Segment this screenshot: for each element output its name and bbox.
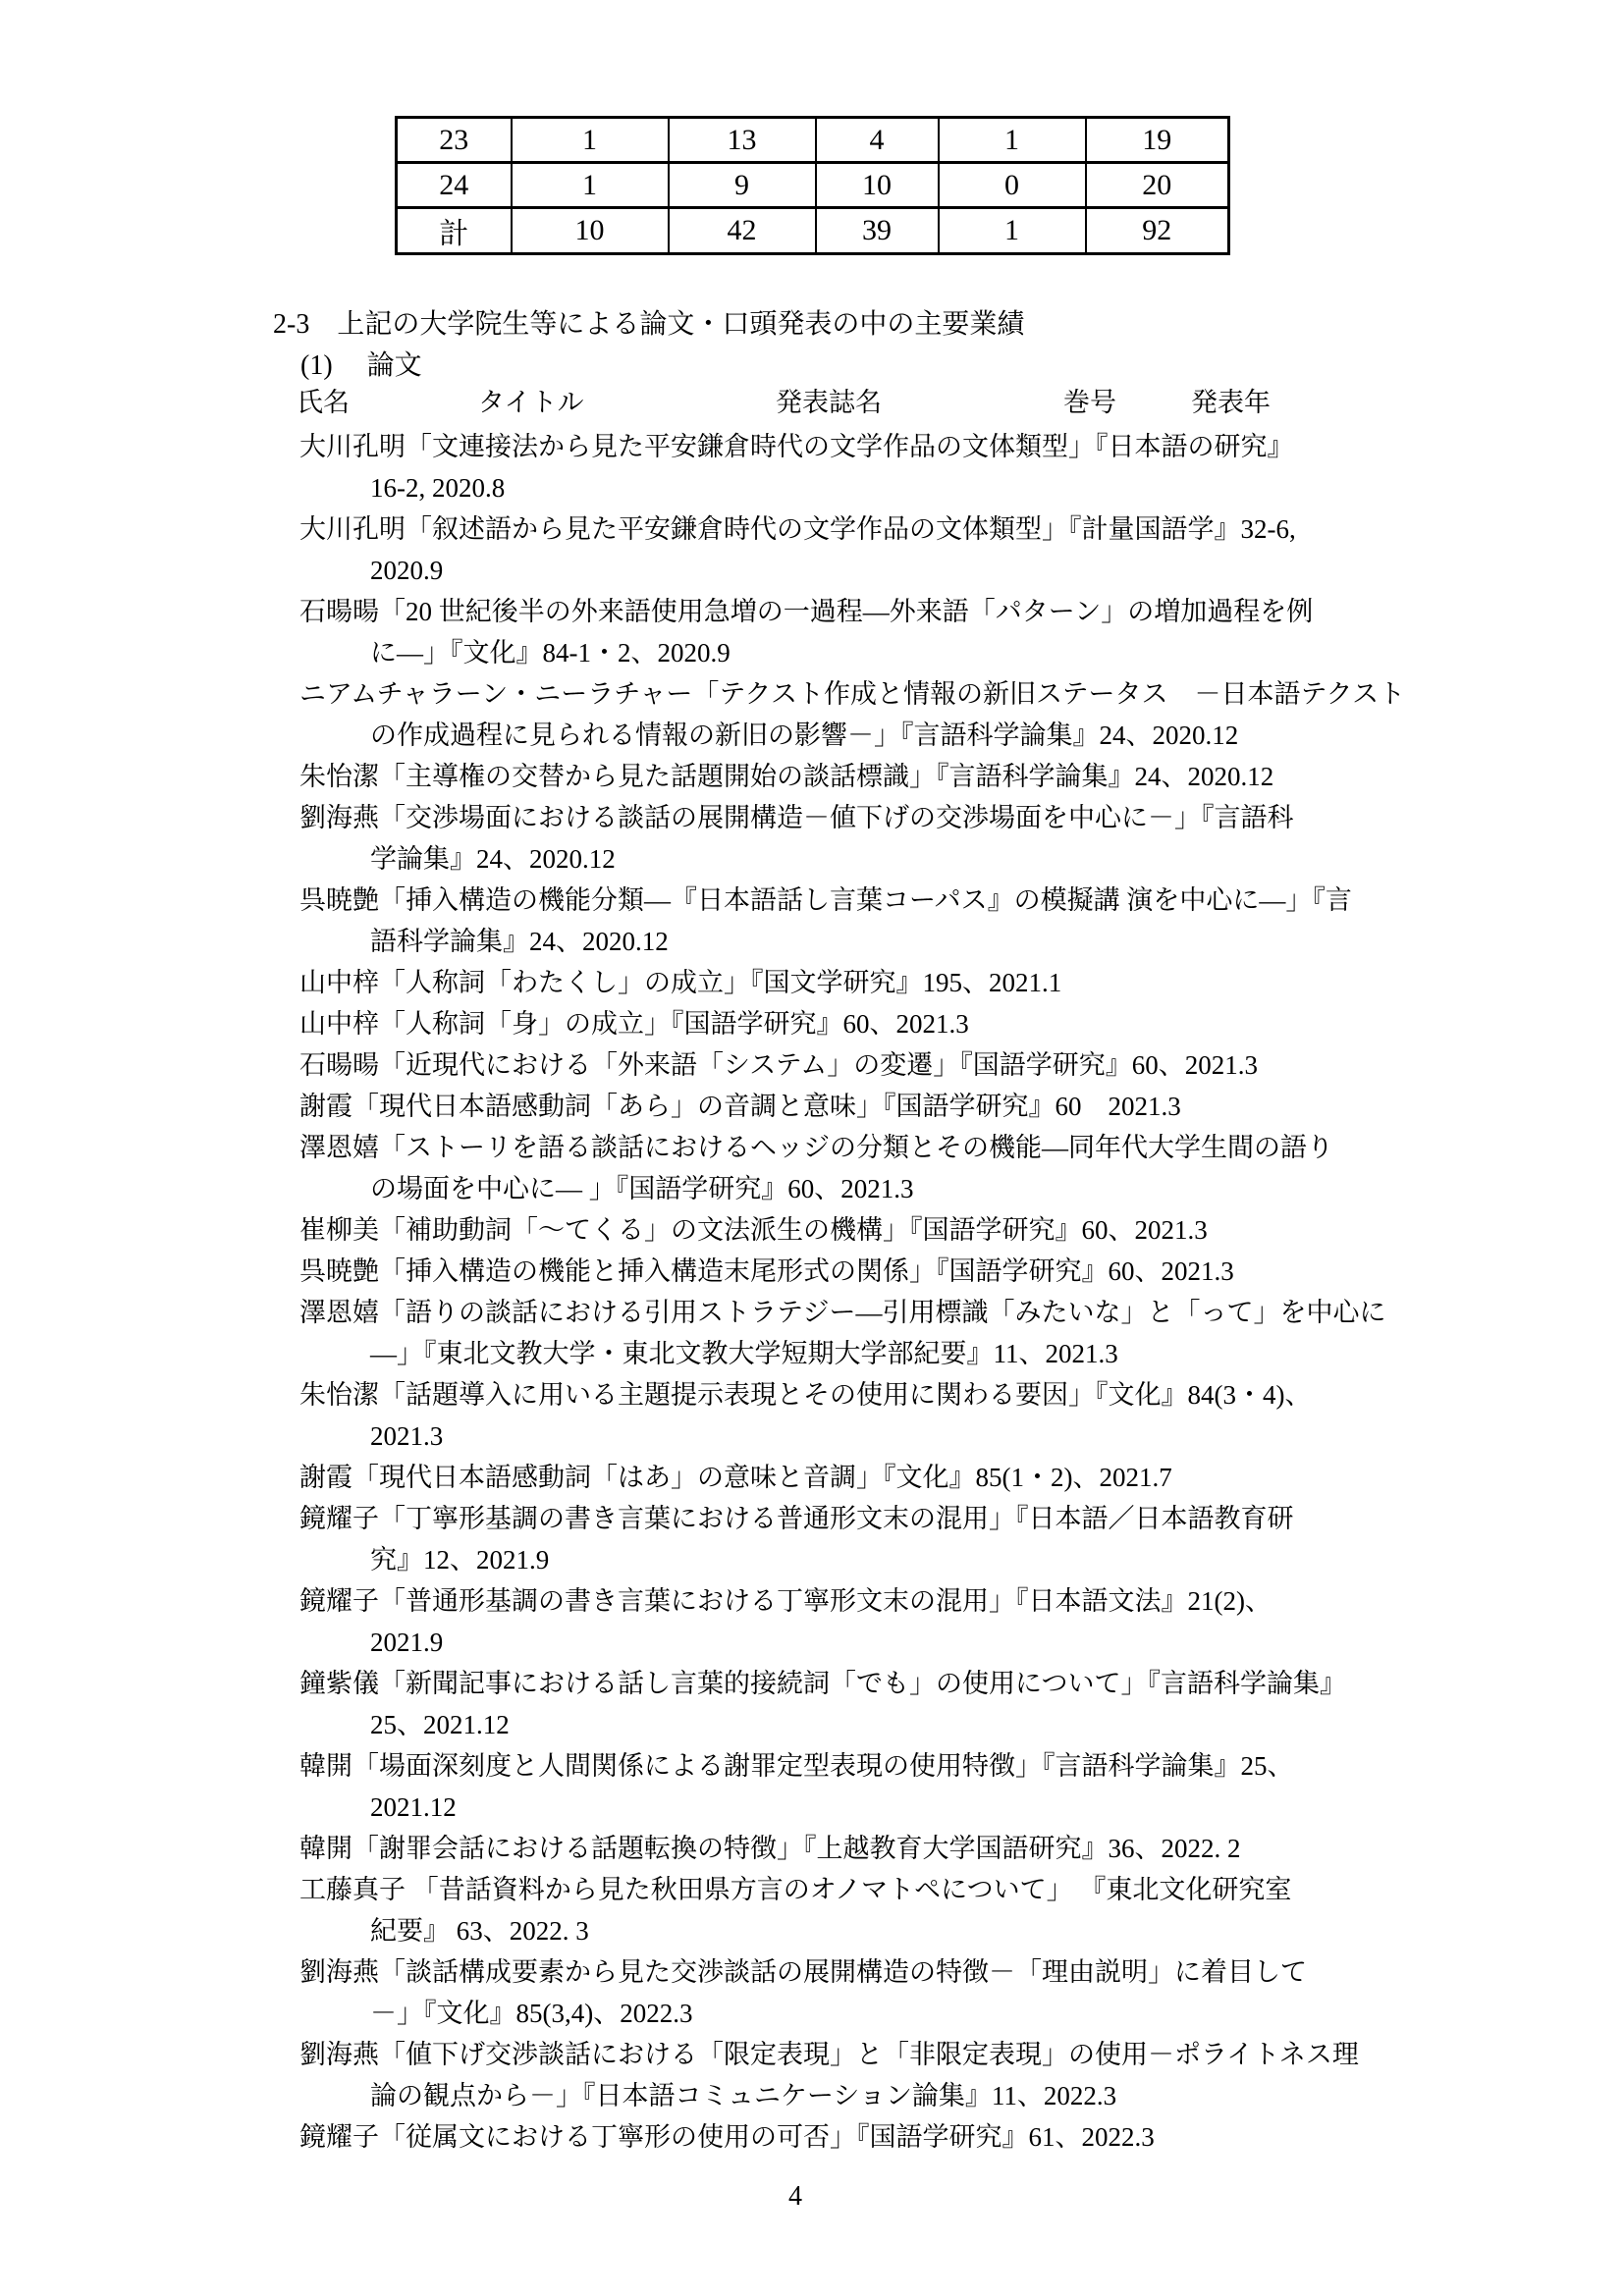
- publication-line: 謝霞「現代日本語感動詞「はあ」の意味と音調」『文化』85(1・2)、2021.7: [299, 1457, 1389, 1498]
- value-cell: 19: [1086, 118, 1229, 163]
- table-row: 241910020: [397, 163, 1229, 208]
- publication-line: 語科学論集』24、2020.12: [299, 921, 1389, 962]
- value-cell: 9: [669, 163, 816, 208]
- document-page: 231134119241910020計104239192 2-3 上記の大学院生…: [0, 0, 1624, 2296]
- publication-line: 大川孔明「文連接法から見た平安鎌倉時代の文学作品の文体類型」『日本語の研究』: [299, 426, 1389, 467]
- column-header-journal: 発表誌名: [776, 381, 882, 419]
- column-header-year: 発表年: [1191, 381, 1271, 419]
- publication-line: －」『文化』85(3,4)、2022.3: [299, 1993, 1389, 2034]
- value-cell: 42: [669, 208, 816, 254]
- publication-line: 澤恩嬉「ストーリを語る談話におけるヘッジの分類とその機能―同年代大学生間の語り: [299, 1127, 1389, 1168]
- publication-line: の作成過程に見られる情報の新旧の影響－」『言語科学論集』24、2020.12: [299, 715, 1389, 756]
- publication-line: 朱怡潔「話題導入に用いる主題提示表現とその使用に関わる要因」『文化』84(3・4…: [299, 1374, 1389, 1415]
- publication-line: 劉海燕「交渉場面における談話の展開構造－値下げの交渉場面を中心に－」『言語科: [299, 797, 1389, 838]
- publication-list: 大川孔明「文連接法から見た平安鎌倉時代の文学作品の文体類型」『日本語の研究』16…: [299, 426, 1389, 2158]
- publication-line: 鏡耀子「丁寧形基調の書き言葉における普通形文末の混用」『日本語／日本語教育研: [299, 1498, 1389, 1539]
- publication-line: 2021.3: [299, 1415, 1389, 1457]
- publication-line: に―」『文化』84-1・2、2020.9: [299, 632, 1389, 673]
- publication-line: ニアムチャラーン・ニーラチャー「テクスト作成と情報の新旧ステータス －日本語テク…: [299, 673, 1389, 715]
- publication-line: 劉海燕「談話構成要素から見た交渉談話の展開構造の特徴－「理由説明」に着目して: [299, 1951, 1389, 1993]
- publication-line: 究』12、2021.9: [299, 1539, 1389, 1580]
- publication-line: ―」『東北文教大学・東北文教大学短期大学部紀要』11、2021.3: [299, 1333, 1389, 1374]
- value-cell: 10: [816, 163, 939, 208]
- publication-line: 劉海燕「値下げ交渉談話における「限定表現」と「非限定表現」の使用－ポライトネス理: [299, 2034, 1389, 2075]
- publication-line: 石暘暘「20 世紀後半の外来語使用急増の一過程―外来語「パターン」の増加過程を例: [299, 591, 1389, 632]
- publication-line: 論の観点から－」『日本語コミュニケーション論集』11、2022.3: [299, 2075, 1389, 2116]
- publication-line: 呉暁艶「挿入構造の機能と挿入構造末尾形式の関係」『国語学研究』60、2021.3: [299, 1251, 1389, 1292]
- column-header-name: 氏名: [297, 381, 350, 419]
- publication-line: の場面を中心に― 」『国語学研究』60、2021.3: [299, 1168, 1389, 1209]
- publication-line: 謝霞「現代日本語感動詞「あら」の音調と意味」『国語学研究』60 2021.3: [299, 1086, 1389, 1127]
- publication-line: 25、2021.12: [299, 1704, 1389, 1745]
- page-number: 4: [299, 2181, 1291, 2213]
- summary-table: 231134119241910020計104239192: [395, 116, 1230, 255]
- publication-line: 韓開「謝罪会話における話題転換の特徴」『上越教育大学国語研究』36、2022. …: [299, 1828, 1389, 1869]
- publication-line: 韓開「場面深刻度と人間関係による謝罪定型表現の使用特徴」『言語科学論集』25、: [299, 1745, 1389, 1787]
- column-header-title: タイトル: [478, 381, 583, 419]
- publication-line: 2020.9: [299, 550, 1389, 591]
- publication-line: 山中梓「人称詞「わたくし」の成立」『国文学研究』195、2021.1: [299, 962, 1389, 1003]
- column-header-volume: 巻号: [1063, 381, 1116, 419]
- value-cell: 1: [939, 118, 1086, 163]
- publication-line: 崔柳美「補助動詞「～てくる」の文法派生の機構」『国語学研究』60、2021.3: [299, 1209, 1389, 1251]
- publication-line: 澤恩嬉「語りの談話における引用ストラテジー―引用標識「みたいな」と「って」を中心…: [299, 1292, 1389, 1333]
- value-cell: 4: [816, 118, 939, 163]
- publication-line: 呉暁艶「挿入構造の機能分類―『日本語話し言葉コーパス』の模擬講 演を中心に―」『…: [299, 880, 1389, 921]
- publication-line: 鏡耀子「従属文における丁寧形の使用の可否」『国語学研究』61、2022.3: [299, 2116, 1389, 2158]
- publication-line: 大川孔明「叙述語から見た平安鎌倉時代の文学作品の文体類型」『計量国語学』32-6…: [299, 508, 1389, 550]
- value-cell: 1: [512, 118, 669, 163]
- value-cell: 13: [669, 118, 816, 163]
- value-cell: 10: [512, 208, 669, 254]
- publication-line: 16-2, 2020.8: [299, 467, 1389, 508]
- publication-line: 石暘暘「近現代における「外来語「システム」の変遷」『国語学研究』60、2021.…: [299, 1044, 1389, 1086]
- table-row: 計104239192: [397, 208, 1229, 254]
- summary-table-body: 231134119241910020計104239192: [397, 118, 1229, 254]
- row-label-cell: 計: [397, 208, 512, 254]
- subsection-heading: (1) 論文: [300, 344, 422, 383]
- publication-line: 紀要』 63、2022. 3: [299, 1910, 1389, 1951]
- publication-line: 2021.12: [299, 1787, 1389, 1828]
- value-cell: 92: [1086, 208, 1229, 254]
- row-label-cell: 24: [397, 163, 512, 208]
- publication-line: 鏡耀子「普通形基調の書き言葉における丁寧形文末の混用」『日本語文法』21(2)、: [299, 1580, 1389, 1622]
- row-label-cell: 23: [397, 118, 512, 163]
- table-row: 231134119: [397, 118, 1229, 163]
- publication-line: 鐘紫儀「新聞記事における話し言葉的接続詞「でも」の使用について」『言語科学論集』: [299, 1663, 1389, 1704]
- value-cell: 0: [939, 163, 1086, 208]
- publication-line: 朱怡潔「主導権の交替から見た話題開始の談話標識」『言語科学論集』24、2020.…: [299, 756, 1389, 797]
- value-cell: 39: [816, 208, 939, 254]
- publication-line: 山中梓「人称詞「身」の成立」『国語学研究』60、2021.3: [299, 1003, 1389, 1044]
- publication-line: 2021.9: [299, 1622, 1389, 1663]
- value-cell: 1: [512, 163, 669, 208]
- value-cell: 20: [1086, 163, 1229, 208]
- section-heading: 2-3 上記の大学院生等による論文・口頭発表の中の主要業績: [273, 302, 1024, 342]
- value-cell: 1: [939, 208, 1086, 254]
- publication-line: 工藤真子 「昔話資料から見た秋田県方言のオノマトペについて」 『東北文化研究室: [299, 1869, 1389, 1910]
- publication-line: 学論集』24、2020.12: [299, 838, 1389, 880]
